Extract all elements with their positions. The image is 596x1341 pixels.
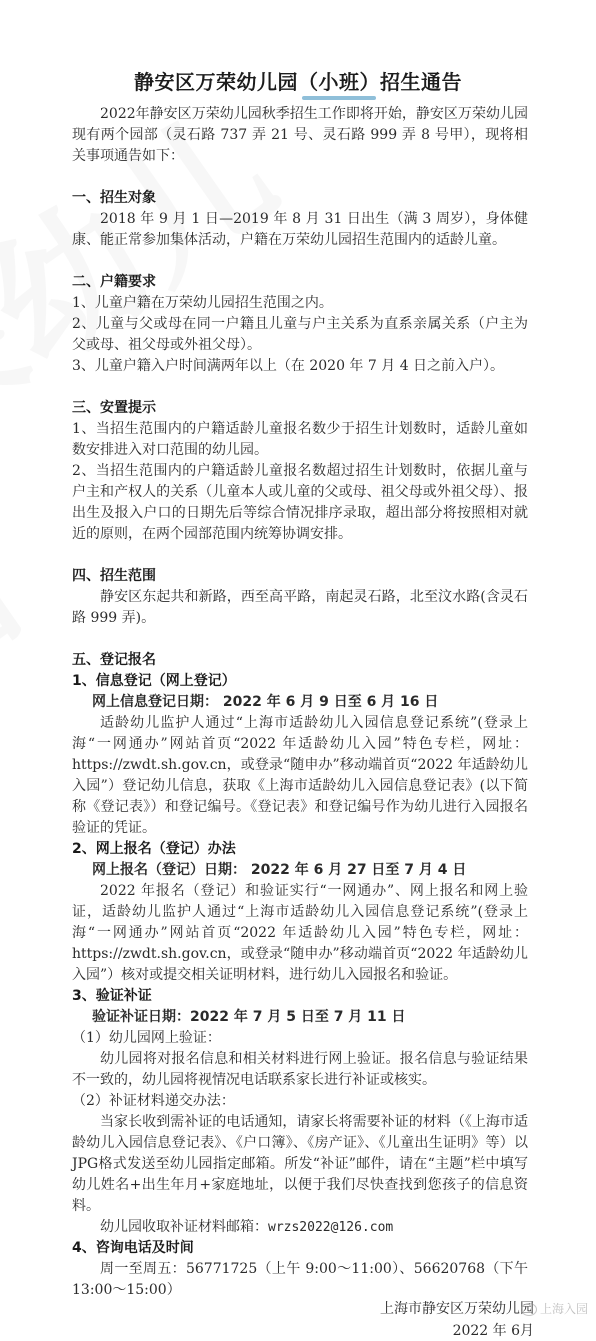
section-heading: 五、登记报名 xyxy=(72,650,528,671)
subsection-text: 适龄幼儿监护人通过“上海市适龄幼儿入园信息登记系统”(登录上海“一网通办”网站首… xyxy=(72,713,528,839)
source-watermark: 上海入园 xyxy=(521,1300,588,1317)
verification-step-label: （1）幼儿园网上验证： xyxy=(72,1028,528,1049)
title-suffix: 招生通告 xyxy=(380,70,462,94)
verification-step-text: 幼儿园将对报名信息和相关材料进行网上验证。报名信息与验证结果不一致的，幼儿园将视… xyxy=(72,1049,528,1091)
section-registration: 五、登记报名 1、信息登记（网上登记） 网上信息登记日期： 2022 年 6 月… xyxy=(72,650,528,1301)
subsection-heading: 2、网上报名（登记）办法 xyxy=(72,839,528,860)
subsection-heading: 4、咨询电话及时间 xyxy=(72,1238,528,1259)
section-placement-tips: 三、安置提示 1、当招生范围内的户籍适龄儿童报名数少于招生计划数时，适龄儿童如数… xyxy=(72,398,528,545)
page-title: 静安区万荣幼儿园（小班）招生通告 xyxy=(0,66,596,95)
intro-paragraph: 2022年静安区万荣幼儿园秋季招生工作即将开始，静安区万荣幼儿园现有两个园部（灵… xyxy=(72,104,528,167)
signature-date: 2022 年 6月 xyxy=(380,1320,534,1341)
title-main: 静安区万荣幼儿园 xyxy=(134,70,298,94)
list-item: 2、儿童与父或母在同一户籍且儿童与户主关系为直系亲属关系（户主为父或母、祖父母或… xyxy=(72,314,528,356)
verification-date: 验证补证日期：2022 年 7 月 5 日至 7 月 11 日 xyxy=(72,1007,528,1028)
online-registration-date: 网上报名（登记）日期： 2022 年 6 月 27 日至 7 月 4 日 xyxy=(72,860,528,881)
subsection-text: 2022 年报名（登记）和验证实行“一网通办”、网上报名和网上验证，适龄幼儿监护… xyxy=(72,881,528,986)
wechat-icon xyxy=(521,1303,537,1316)
section-enrollment-target: 一、招生对象 2018 年 9 月 1 日—2019 年 8 月 31 日出生（… xyxy=(72,188,528,251)
notice-body: 2022年静安区万荣幼儿园秋季招生工作即将开始，静安区万荣幼儿园现有两个园部（灵… xyxy=(72,104,528,1301)
email-address[interactable]: wrzs2022@126.com xyxy=(268,1220,393,1235)
section-heading: 四、招生范围 xyxy=(72,566,528,587)
list-item: 1、儿童户籍在万荣幼儿园招生范围之内。 xyxy=(72,293,528,314)
subsection-heading: 1、信息登记（网上登记） xyxy=(72,671,528,692)
section-text: 2018 年 9 月 1 日—2019 年 8 月 31 日出生（满 3 周岁）… xyxy=(72,209,528,251)
section-heading: 二、户籍要求 xyxy=(72,272,528,293)
list-item: 2、当招生范围内的户籍适龄儿童报名数超过招生计划数时，依据儿童与户主和产权人的关… xyxy=(72,461,528,545)
section-enrollment-area: 四、招生范围 静安区东起共和新路，西至高平路，南起灵石路，北至汶水路(含灵石路 … xyxy=(72,566,528,629)
email-line: 幼儿园收取补证材料邮箱：wrzs2022@126.com xyxy=(72,1217,528,1238)
list-item: 1、当招生范围内的户籍适龄儿童报名数少于招生计划数时，适龄儿童如数安排进入对口范… xyxy=(72,419,528,461)
submission-step-text: 当家长收到需补证的电话通知，请家长将需要补证的材料（《上海市适龄幼儿入园信息登记… xyxy=(72,1112,528,1217)
section-heading: 一、招生对象 xyxy=(72,188,528,209)
info-registration-date: 网上信息登记日期： 2022 年 6 月 9 日至 6 月 16 日 xyxy=(72,692,528,713)
title-highlight: （小班） xyxy=(298,70,380,94)
source-watermark-text: 上海入园 xyxy=(540,1302,588,1316)
signature-org: 上海市静安区万荣幼儿园 xyxy=(380,1298,534,1320)
subsection-heading: 3、验证补证 xyxy=(72,986,528,1007)
submission-step-label: （2）补证材料递交办法： xyxy=(72,1091,528,1112)
section-text: 静安区东起共和新路，西至高平路，南起灵石路，北至汶水路(含灵石路 999 弄)。 xyxy=(72,587,528,629)
section-household-requirements: 二、户籍要求 1、儿童户籍在万荣幼儿园招生范围之内。 2、儿童与父或母在同一户籍… xyxy=(72,272,528,377)
signature-block: 上海市静安区万荣幼儿园 2022 年 6月 xyxy=(380,1298,534,1341)
email-label: 幼儿园收取补证材料邮箱： xyxy=(100,1219,268,1235)
list-item: 3、儿童户籍入户时间满两年以上（在 2020 年 7 月 4 日之前入户）。 xyxy=(72,356,528,377)
contact-phone-text: 周一至周五：56771725（上午 9:00～11:00）、56620768（下… xyxy=(72,1259,528,1301)
section-heading: 三、安置提示 xyxy=(72,398,528,419)
